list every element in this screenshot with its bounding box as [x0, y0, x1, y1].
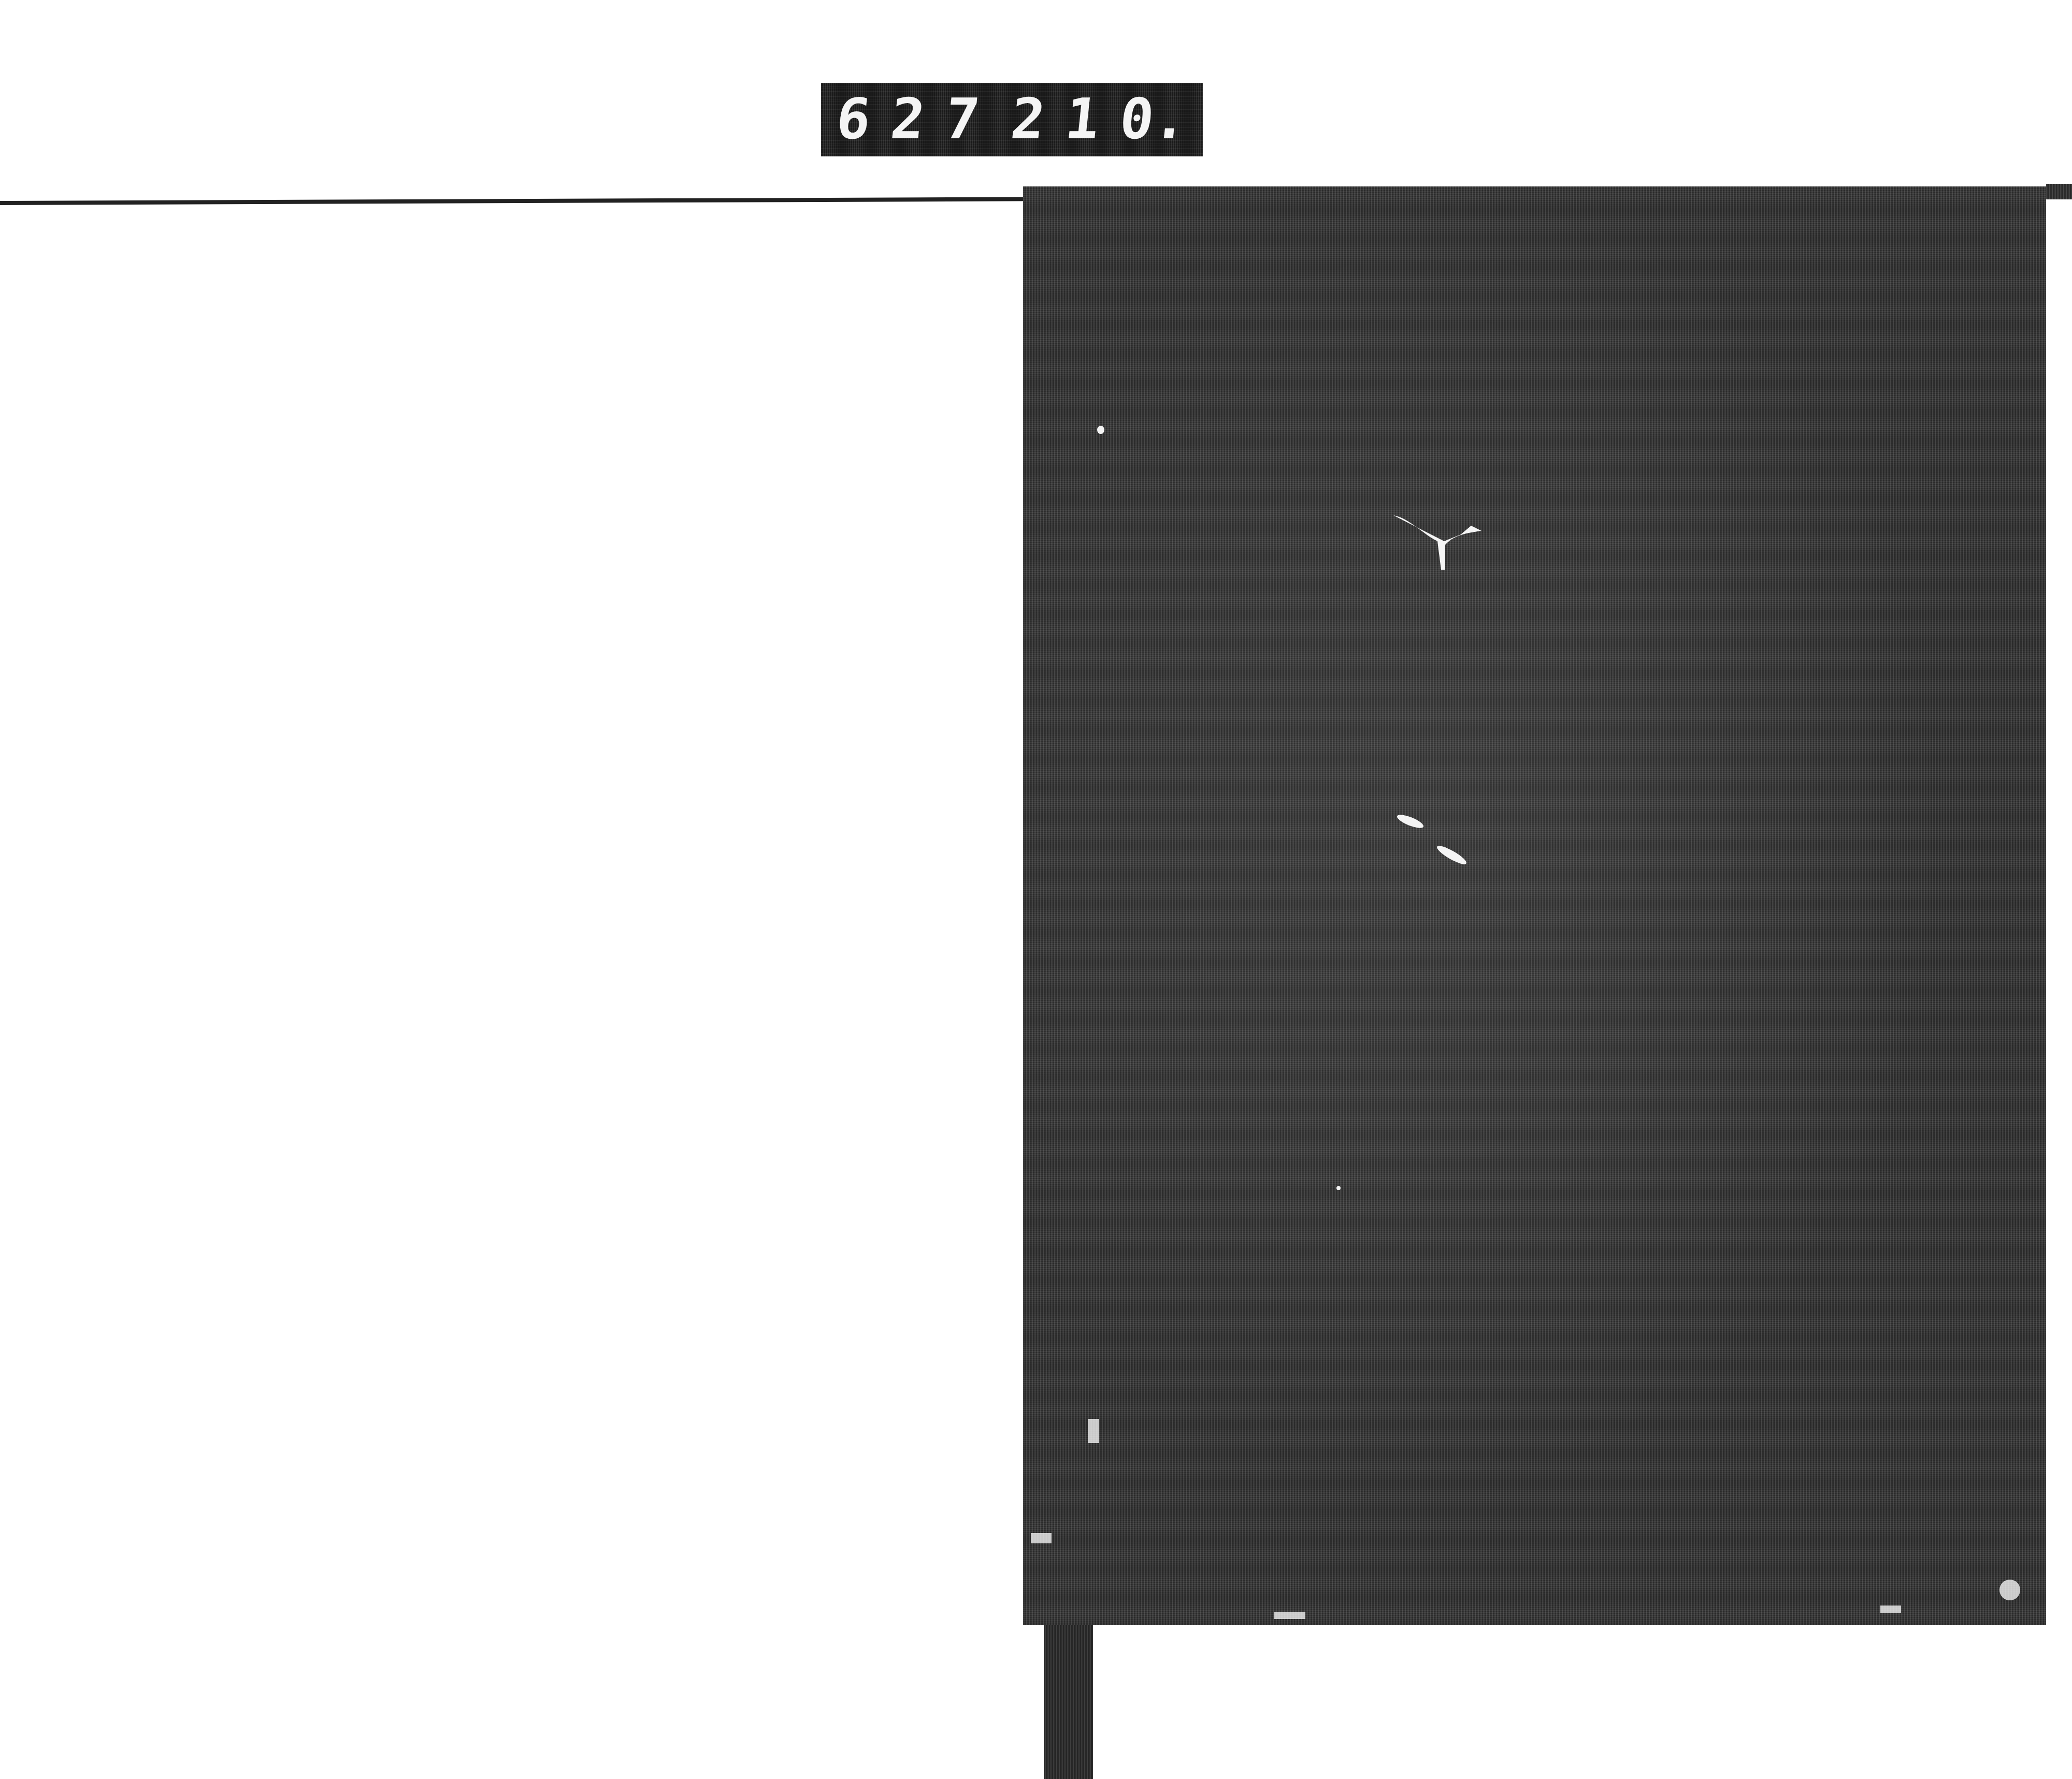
speck-mark — [1097, 426, 1104, 434]
y-scratch-mark — [1393, 513, 1487, 570]
scanned-edge-strip — [2046, 184, 2072, 199]
edge-wear — [1274, 1612, 1305, 1619]
frame-counter-right: 2 1 0. — [1011, 92, 1187, 148]
edge-wear — [1999, 1580, 2020, 1600]
speck-mark — [1336, 1186, 1341, 1190]
frame-counter-left: 6 2 7 — [837, 92, 979, 148]
binding-tab — [1044, 1625, 1093, 1779]
counter-digit: 1 — [1062, 92, 1102, 148]
horizontal-rule — [0, 197, 1031, 205]
frame-counter: 6 2 7 2 1 0. — [821, 83, 1203, 156]
counter-digit: 2 — [888, 92, 927, 148]
counter-digit: 0. — [1117, 92, 1190, 148]
counter-digit: 6 — [833, 92, 873, 148]
counter-digit: 2 — [1008, 92, 1047, 148]
counter-digit: 7 — [942, 92, 982, 148]
scanned-cover-page — [1023, 186, 2046, 1625]
edge-wear — [1088, 1419, 1099, 1443]
edge-wear — [1880, 1606, 1901, 1613]
edge-wear — [1031, 1533, 1052, 1543]
